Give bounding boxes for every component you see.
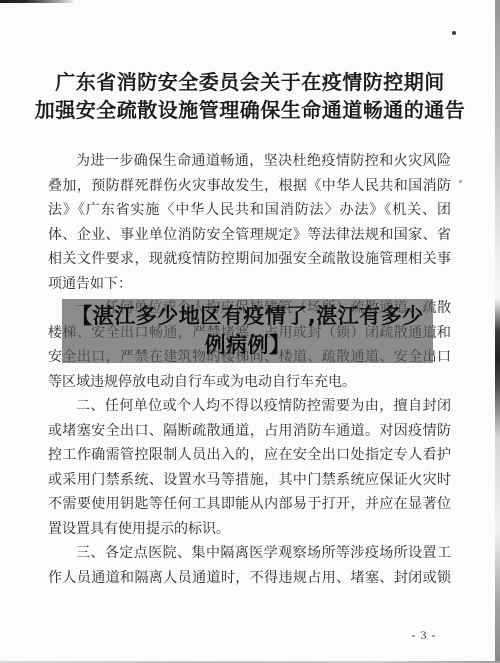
body-text-line: 相关文件要求，现就疫情防控期间加强安全疏散设施管理相关事 (48, 248, 451, 273)
scanned-document-page: 广东省消防安全委员会关于在疫情防控期间 加强安全疏散设施管理确保生命通道畅通的通… (0, 0, 500, 663)
body-text-line: 或堵塞安全出口、隔断疏散通道，占用消防车通道。对因疫情防 (48, 420, 451, 445)
page-number: - 3 - (402, 628, 446, 643)
document-title-line: 加强安全疏散设施管理确保生命通道畅通的通告 (0, 97, 500, 125)
body-text-line: 作人员通道和隔离人员通道时，不得违规占用、堵塞、封闭或锁 (48, 567, 451, 592)
body-text-line: 等区域违规停放电动自行车或为电动自行车充电。 (48, 371, 451, 396)
scan-speck (459, 180, 462, 183)
body-text-line: 体、企业、事业单位消防安全管理规定》等法律法规和国家、省 (48, 224, 451, 249)
body-text-line: 三、各定点医院、集中隔离医学观察场所等涉疫场所设置工 (48, 542, 451, 567)
body-text-line: 或采用门禁系统、设置水马等措施，其中门禁系统应保证火灾时 (48, 469, 451, 494)
body-text-line: 为进一步确保生命通道畅通，坚决杜绝疫情防控和火灾风险 (48, 150, 451, 175)
document-body-text: 为进一步确保生命通道畅通，坚决杜绝疫情防控和火灾风险 叠加，预防群死群伤火灾事故… (48, 150, 451, 591)
body-text-line: 项通告如下： (48, 273, 451, 298)
scan-artifact-top-edge (0, 0, 73, 3)
body-text-line: 法》《广东省实施〈中华人民共和国消防法〉办法》《机关、团 (48, 199, 451, 224)
body-text-line: 二、任何单位或个人均不得以疫情防控需要为由，擅自封闭 (48, 395, 451, 420)
document-title-line: 广东省消防安全委员会关于在疫情防控期间 (0, 69, 500, 97)
body-text-line: 控工作确需管控限制人员出入的，应在安全出口处指定专人看护 (48, 444, 451, 469)
document-title: 广东省消防安全委员会关于在疫情防控期间 加强安全疏散设施管理确保生命通道畅通的通… (0, 69, 500, 125)
caption-watermark-overlay: 【湛江多少地区有疫情了,湛江有多少 例病例】 (62, 299, 433, 363)
body-text-line: 置设置具有使用提示的标识。 (48, 518, 451, 543)
body-text-line: 不需要使用钥匙等任何工具即能从内部易于打开，并应在显著位 (48, 493, 451, 518)
caption-watermark-line: 例病例】 (205, 331, 291, 360)
scan-speck (452, 31, 456, 35)
body-text-line: 叠加，预防群死群伤火灾事故发生，根据《中华人民共和国消防 (48, 175, 451, 200)
caption-watermark-line: 【湛江多少地区有疫情了,湛江有多少 (71, 302, 423, 331)
